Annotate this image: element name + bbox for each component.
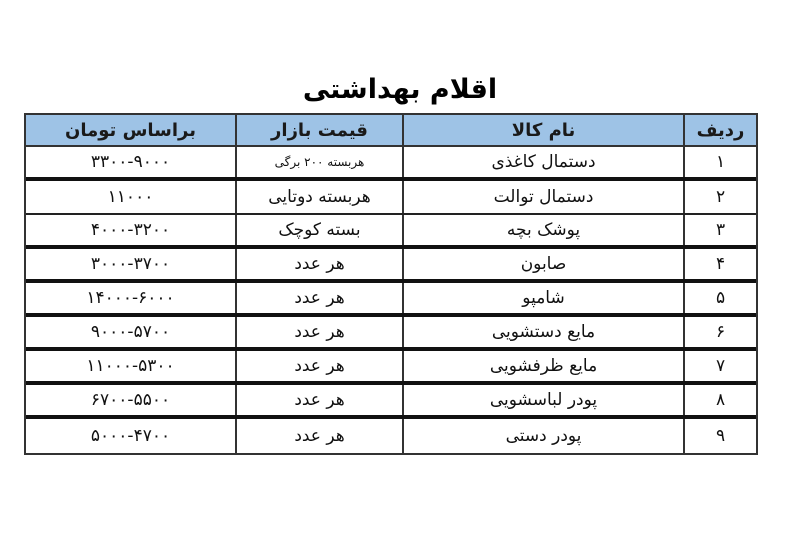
row-unit: هر عدد	[235, 351, 402, 381]
row-item-name: دستمال کاغذی	[402, 147, 683, 177]
row-unit: هر عدد	[235, 419, 402, 453]
row-index: ۴	[683, 249, 756, 279]
row-index: ۹	[683, 419, 756, 453]
row-item-name: مایع دستشویی	[402, 317, 683, 347]
row-price: ۶۷۰۰-۵۵۰۰	[26, 385, 235, 415]
row-price: ۳۰۰۰-۳۷۰۰	[26, 249, 235, 279]
row-item-name: پودر دستی	[402, 419, 683, 453]
row-price: ۱۴۰۰۰-۶۰۰۰	[26, 283, 235, 313]
row-index: ۱	[683, 147, 756, 177]
table-row: ۳ پوشک بچه بسته کوچک ۴۰۰۰-۳۲۰۰	[26, 215, 756, 249]
table-row: ۱ دستمال کاغذی هربسته ۲۰۰ برگی ۳۳۰۰-۹۰۰۰	[26, 147, 756, 181]
table-header-row: ردیف نام کالا قیمت بازار براساس تومان	[26, 115, 756, 147]
header-index: ردیف	[683, 115, 756, 145]
row-item-name: پوشک بچه	[402, 215, 683, 245]
row-price: ۹۰۰۰-۵۷۰۰	[26, 317, 235, 347]
row-index: ۶	[683, 317, 756, 347]
row-price: ۵۰۰۰-۴۷۰۰	[26, 419, 235, 453]
row-item-name: مایع ظرفشویی	[402, 351, 683, 381]
row-unit: هر عدد	[235, 283, 402, 313]
hygiene-items-table: ردیف نام کالا قیمت بازار براساس تومان ۱ …	[24, 113, 758, 455]
row-unit: هر عدد	[235, 249, 402, 279]
table-row: ۶ مایع دستشویی هر عدد ۹۰۰۰-۵۷۰۰	[26, 317, 756, 351]
row-item-name: دستمال توالت	[402, 181, 683, 213]
row-item-name: شامپو	[402, 283, 683, 313]
row-index: ۵	[683, 283, 756, 313]
row-price: ۴۰۰۰-۳۲۰۰	[26, 215, 235, 245]
header-market-price: قیمت بازار	[235, 115, 402, 145]
page-title: اقلام بهداشتی	[0, 70, 800, 110]
header-price-toman: براساس تومان	[26, 115, 235, 145]
row-item-name: پودر لباسشویی	[402, 385, 683, 415]
row-index: ۳	[683, 215, 756, 245]
table-row: ۹ پودر دستی هر عدد ۵۰۰۰-۴۷۰۰	[26, 419, 756, 453]
table-row: ۵ شامپو هر عدد ۱۴۰۰۰-۶۰۰۰	[26, 283, 756, 317]
row-unit: هر عدد	[235, 317, 402, 347]
row-unit: هر عدد	[235, 385, 402, 415]
row-index: ۲	[683, 181, 756, 213]
row-unit: هربسته دوتایی	[235, 181, 402, 213]
table-row: ۷ مایع ظرفشویی هر عدد ۱۱۰۰۰-۵۳۰۰	[26, 351, 756, 385]
row-unit: بسته کوچک	[235, 215, 402, 245]
header-item-name: نام کالا	[402, 115, 683, 145]
row-price: ۳۳۰۰-۹۰۰۰	[26, 147, 235, 177]
row-unit: هربسته ۲۰۰ برگی	[235, 147, 402, 177]
row-price: ۱۱۰۰۰-۵۳۰۰	[26, 351, 235, 381]
row-index: ۸	[683, 385, 756, 415]
table-row: ۴ صابون هر عدد ۳۰۰۰-۳۷۰۰	[26, 249, 756, 283]
table-row: ۲ دستمال توالت هربسته دوتایی ۱۱۰۰۰	[26, 181, 756, 215]
row-item-name: صابون	[402, 249, 683, 279]
row-price: ۱۱۰۰۰	[26, 181, 235, 213]
row-index: ۷	[683, 351, 756, 381]
table-row: ۸ پودر لباسشویی هر عدد ۶۷۰۰-۵۵۰۰	[26, 385, 756, 419]
